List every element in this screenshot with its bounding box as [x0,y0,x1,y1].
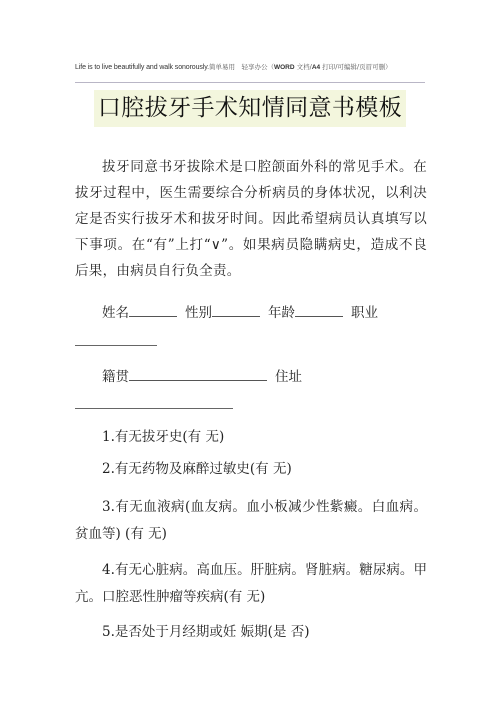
header-features: 打印/可编辑/页眉可删） [320,63,391,71]
question-item: 3.有无血液病(血友病。血小板减少性紫癜。白血病。贫血等) (有 无) [75,494,427,548]
intro-paragraph: 拔牙同意书牙拔除术是口腔颌面外科的常见手术。在拔牙过程中，医生需要综合分析病员的… [75,154,427,284]
age-blank[interactable] [295,302,343,317]
header-divider [75,82,425,83]
question-item: 1.有无拔牙史(有 无) [75,424,427,451]
gender-blank[interactable] [212,302,260,317]
question-item: 2.有无药物及麻醉过敏史(有 无) [75,456,427,483]
personal-info-row: 姓名性别年龄职业 [75,302,454,323]
title-container: 口腔拔牙手术知情同意书模板 [0,90,500,127]
gender-label: 性别 [185,305,212,321]
occupation-blank[interactable] [75,345,157,346]
header-format-text: 文档/ [295,63,312,71]
header-motto: Life is to live beautifully and walk son… [75,64,209,71]
page-header: Life is to live beautifully and walk son… [75,62,425,76]
native-place-blank[interactable] [129,366,267,381]
name-label: 姓名 [102,305,129,321]
question-item: 4.有无心脏病。高血压。肝脏病。肾脏病。糖尿病。甲亢。口腔恶性肿瘤等疾病(有 无… [75,557,427,611]
header-paper-size: A4 [312,64,320,71]
header-slogan: 简单易用 轻享办公（ [209,63,274,71]
age-label: 年龄 [268,305,295,321]
address-label: 住址 [275,369,302,385]
address-blank[interactable] [75,408,233,409]
question-item: 5.是否处于月经期或妊 娠期(是 否) [75,619,427,646]
origin-address-row: 籍贯住址 [75,366,454,387]
native-place-label: 籍贯 [102,369,129,385]
header-format-label: WORD [274,64,295,71]
occupation-label: 职业 [351,305,378,321]
document-title: 口腔拔牙手术知情同意书模板 [94,90,406,127]
name-blank[interactable] [129,302,177,317]
document-page: Life is to live beautifully and walk son… [0,0,500,708]
